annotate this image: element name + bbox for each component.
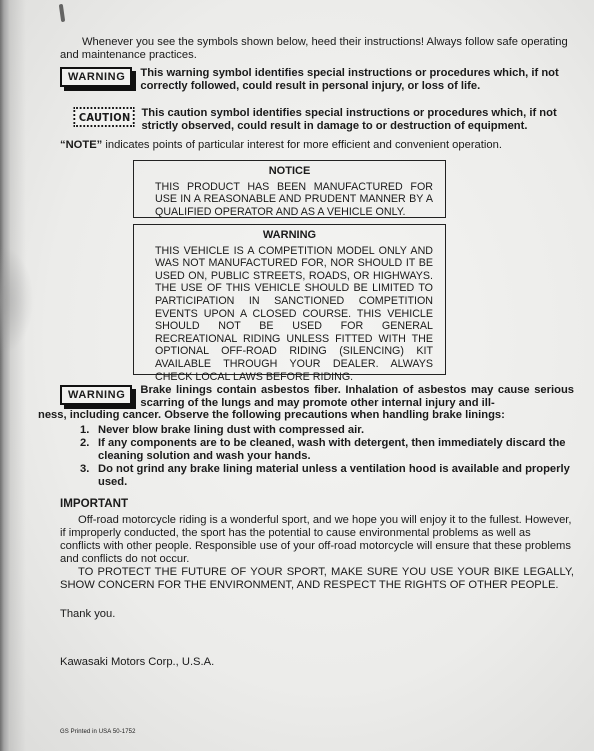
important-paragraph-2: TO PROTECT THE FUTURE OF YOUR SPORT, MAK… bbox=[60, 566, 574, 592]
warning-symbol-icon: WARNING bbox=[60, 385, 132, 405]
caution-symbol-icon: CAUTION bbox=[73, 107, 135, 127]
competition-warning-body: THIS VEHICLE IS A COMPETITION MODEL ONLY… bbox=[134, 245, 445, 387]
caution-symbol-row: CAUTION This caution symbol identifies s… bbox=[70, 107, 574, 133]
list-item: 2.If any components are to be cleaned, w… bbox=[80, 437, 574, 463]
warning-symbol-description: This warning symbol identifies special i… bbox=[140, 67, 574, 93]
note-label: “NOTE” bbox=[60, 139, 102, 151]
list-number: 1. bbox=[80, 424, 98, 437]
print-line: GS Printed in USA 50-1752 bbox=[60, 726, 136, 739]
closing: Thank you. bbox=[60, 608, 115, 621]
company-name: Kawasaki Motors Corp., U.S.A. bbox=[60, 656, 214, 669]
notice-title: NOTICE bbox=[134, 165, 445, 178]
note-text: indicates points of particular interest … bbox=[102, 139, 502, 151]
competition-warning-box: WARNING THIS VEHICLE IS A COMPETITION MO… bbox=[133, 224, 446, 375]
notice-body: THIS PRODUCT HAS BEEN MANUFACTURED FOR U… bbox=[134, 181, 445, 222]
precautions-list: 1.Never blow brake lining dust with comp… bbox=[80, 424, 574, 489]
competition-warning-title: WARNING bbox=[134, 229, 445, 242]
warning-symbol-icon: WARNING bbox=[60, 67, 132, 87]
brake-warning: WARNING Brake linings contain asbestos f… bbox=[60, 384, 574, 410]
caution-symbol-description: This caution symbol identifies special i… bbox=[141, 107, 574, 133]
notice-box: NOTICE THIS PRODUCT HAS BEEN MANUFACTURE… bbox=[133, 160, 446, 218]
important-heading: IMPORTANT bbox=[60, 497, 128, 510]
brake-warning-text: Brake linings contain asbestos fiber. In… bbox=[60, 384, 574, 410]
page-edge-gradient bbox=[0, 0, 26, 751]
important-paragraph-1: Off-road motorcycle riding is a wonderfu… bbox=[60, 514, 574, 566]
ink-smudge bbox=[59, 4, 65, 22]
warning-symbol-row: WARNING This warning symbol identifies s… bbox=[60, 67, 574, 93]
list-item: 3.Do not grind any brake lining material… bbox=[80, 463, 574, 489]
list-text: Do not grind any brake lining material u… bbox=[98, 463, 574, 489]
list-text: Never blow brake lining dust with compre… bbox=[98, 424, 364, 437]
note-paragraph: “NOTE” indicates points of particular in… bbox=[60, 139, 574, 152]
list-number: 2. bbox=[80, 437, 98, 463]
brake-warning-text-continued: ness, including cancer. Observe the foll… bbox=[38, 409, 574, 422]
list-text: If any components are to be cleaned, was… bbox=[98, 437, 574, 463]
intro-paragraph: Whenever you see the symbols shown below… bbox=[60, 36, 572, 62]
list-item: 1.Never blow brake lining dust with comp… bbox=[80, 424, 574, 437]
scan-artifact bbox=[0, 245, 34, 355]
list-number: 3. bbox=[80, 463, 98, 489]
